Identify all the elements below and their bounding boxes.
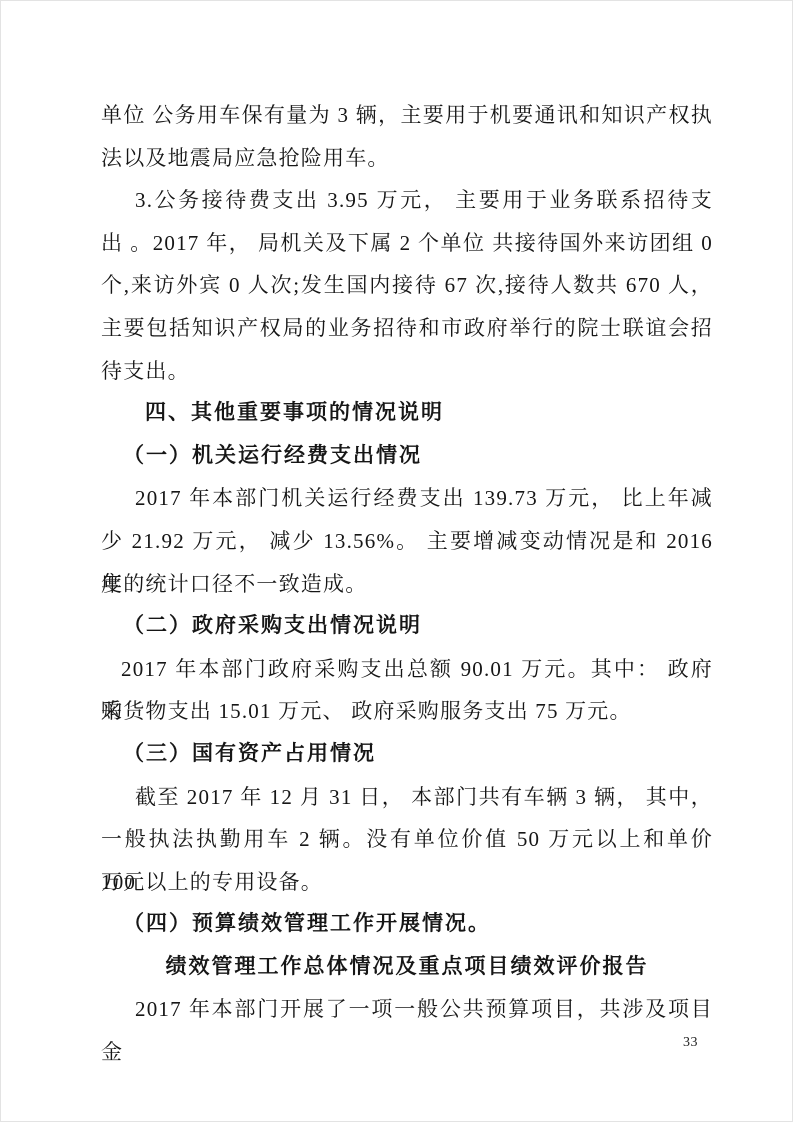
subsection-heading: （三）国有资产占用情况 xyxy=(101,733,713,776)
body-line: 截至 2017 年 12 月 31 日， 本部门共有车辆 3 辆， 其中， xyxy=(101,776,713,819)
centered-subtitle: 绩效管理工作总体情况及重点项目绩效评价报告 xyxy=(101,946,713,989)
body-line: 购货物支出 15.01 万元、 政府采购服务支出 75 万元。 xyxy=(101,690,713,733)
document-page: 单位 公务用车保有量为 3 辆，主要用于机要通讯和知识产权执 法以及地震局应急抢… xyxy=(0,0,793,1122)
body-line: 2017 年本部门机关运行经费支出 139.73 万元， 比上年减 xyxy=(101,477,713,520)
body-line: 一般执法执勤用车 2 辆。没有单位价值 50 万元以上和单价 100 xyxy=(101,818,713,861)
body-line: 出 。2017 年， 局机关及下属 2 个单位 共接待国外来访团组 0 xyxy=(101,222,713,265)
section-heading: 四、其他重要事项的情况说明 xyxy=(101,392,713,435)
body-line: 少 21.92 万元， 减少 13.56%。 主要增减变动情况是和 2016 年 xyxy=(101,520,713,563)
body-line: 3.公务接待费支出 3.95 万元， 主要用于业务联系招待支 xyxy=(101,179,713,222)
subsection-heading: （二）政府采购支出情况说明 xyxy=(101,605,713,648)
document-body: 单位 公务用车保有量为 3 辆，主要用于机要通讯和知识产权执 法以及地震局应急抢… xyxy=(101,94,713,1031)
page-number: 33 xyxy=(683,1035,698,1051)
body-line: 2017 年本部门政府采购支出总额 90.01 万元。其中： 政府采 xyxy=(101,648,713,691)
body-line: 个,来访外宾 0 人次;发生国内接待 67 次,接待人数共 670 人， xyxy=(101,264,713,307)
body-line: 度的统计口径不一致造成。 xyxy=(101,563,713,606)
body-line: 待支出。 xyxy=(101,350,713,393)
body-line: 单位 公务用车保有量为 3 辆，主要用于机要通讯和知识产权执 xyxy=(101,94,713,137)
body-line: 法以及地震局应急抢险用车。 xyxy=(101,137,713,180)
body-line: 2017 年本部门开展了一项一般公共预算项目，共涉及项目金 xyxy=(101,988,713,1031)
body-line: 主要包括知识产权局的业务招待和市政府举行的院士联谊会招 xyxy=(101,307,713,350)
body-line: 万元以上的专用设备。 xyxy=(101,861,713,904)
subsection-heading: （四）预算绩效管理工作开展情况。 xyxy=(101,903,713,946)
subsection-heading: （一）机关运行经费支出情况 xyxy=(101,435,713,478)
